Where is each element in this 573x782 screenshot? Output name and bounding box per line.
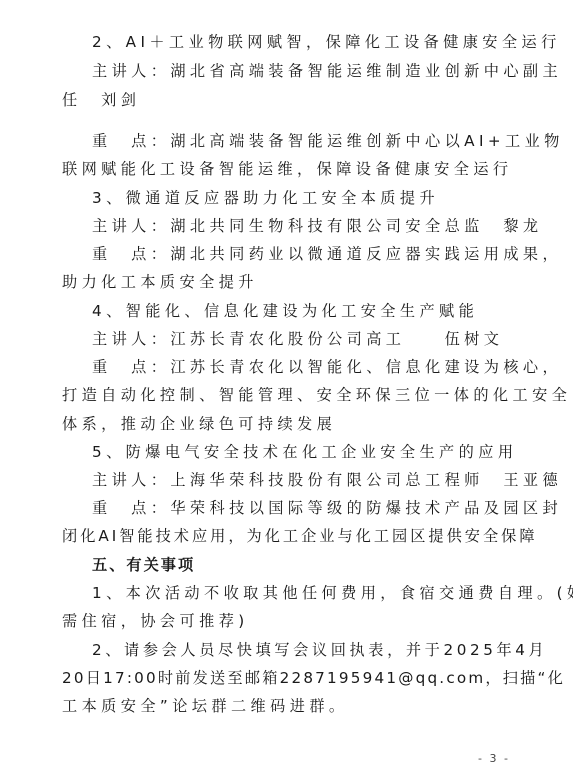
topic-2-focus-cont: 联网赋能化工设备智能运维，保障设备健康安全运行 [62, 155, 502, 183]
document-page: 2、AI＋工业物联网赋智，保障化工设备健康安全运行 主讲人：湖北省高端装备智能运… [0, 0, 573, 782]
topic-5-focus: 重 点：华荣科技以国际等级的防爆技术产品及园区封 [92, 494, 502, 522]
topic-5-title: 5、防爆电气安全技术在化工企业安全生产的应用 [92, 438, 502, 466]
topic-3-title: 3、微通道反应器助力化工安全本质提升 [92, 184, 502, 212]
note-2-cont-1: 20日17:00时前发送至邮箱2287195941@qq.com，扫描“化 [62, 664, 502, 692]
note-2-cont-2: 工本质安全”论坛群二维码进群。 [62, 692, 502, 720]
topic-3-focus: 重 点：湖北共同药业以微通道反应器实践运用成果， [92, 240, 502, 268]
page-number: - 3 - [478, 752, 510, 765]
topic-3-focus-cont: 助力化工本质安全提升 [62, 268, 502, 296]
note-1-cont: 需住宿，协会可推荐) [62, 607, 502, 635]
topic-4-speaker: 主讲人：江苏长青农化股份公司高工 伍树文 [92, 325, 502, 353]
note-1: 1、本次活动不收取其他任何费用，食宿交通费自理。(如 [92, 579, 502, 607]
topic-2-title: 2、AI＋工业物联网赋智，保障化工设备健康安全运行 [92, 28, 502, 56]
topic-2-speaker: 主讲人：湖北省高端装备智能运维制造业创新中心副主 [92, 57, 502, 85]
topic-2-focus: 重 点：湖北高端装备智能运维创新中心以AI+工业物 [92, 127, 502, 155]
topic-5-speaker: 主讲人：上海华荣科技股份有限公司总工程师 王亚德 [92, 466, 502, 494]
topic-4-focus-cont-1: 打造自动化控制、智能管理、安全环保三位一体的化工安全 [62, 381, 502, 409]
topic-4-focus: 重 点：江苏长青农化以智能化、信息化建设为核心， [92, 353, 502, 381]
topic-4-title: 4、智能化、信息化建设为化工安全生产赋能 [92, 297, 502, 325]
topic-5-focus-cont: 闭化AI智能技术应用，为化工企业与化工园区提供安全保障 [62, 522, 502, 550]
note-2: 2、请参会人员尽快填写会议回执表，并于2025年4月 [92, 636, 502, 664]
section-5-heading: 五、有关事项 [92, 551, 502, 579]
topic-2-speaker-cont: 任 刘剑 [62, 86, 502, 114]
topic-3-speaker: 主讲人：湖北共同生物科技有限公司安全总监 黎龙 [92, 212, 502, 240]
topic-4-focus-cont-2: 体系，推动企业绿色可持续发展 [62, 410, 502, 438]
